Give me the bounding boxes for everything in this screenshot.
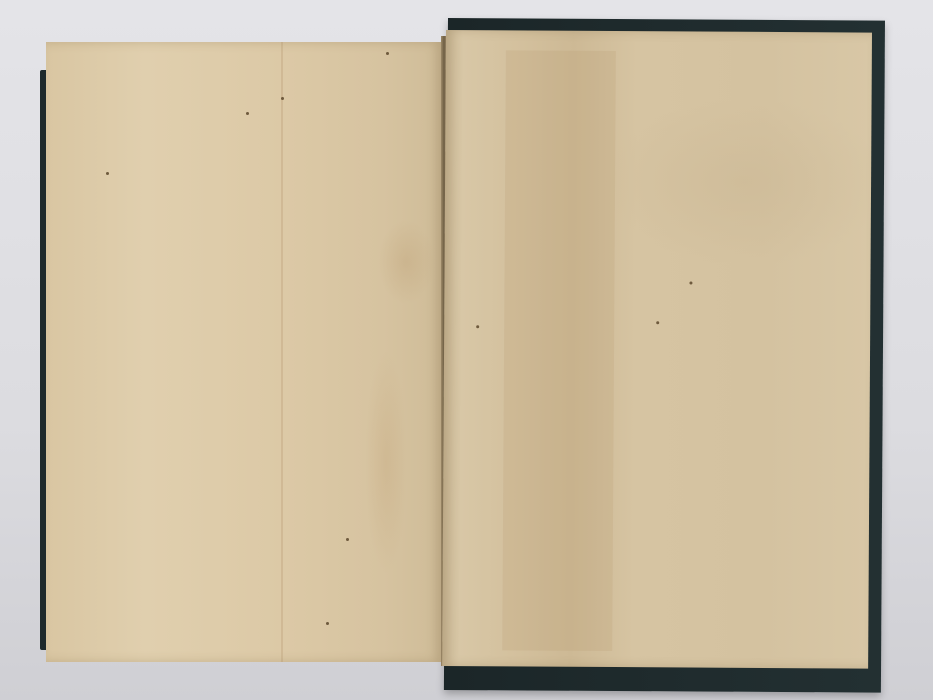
- foxing-spot: [326, 622, 329, 625]
- foxing-spot: [246, 112, 249, 115]
- foxing-spot: [346, 538, 349, 541]
- foxing-spot: [386, 52, 389, 55]
- foxing-spot: [281, 97, 284, 100]
- foxing-spot: [656, 321, 659, 324]
- foxing-spot: [476, 325, 479, 328]
- foxing-spot: [106, 172, 109, 175]
- book-photo: [0, 0, 933, 700]
- right-page: [442, 30, 872, 669]
- page-stain: [502, 50, 616, 651]
- foxing-spot: [689, 281, 692, 284]
- left-page: [46, 42, 442, 662]
- page-fold-line: [281, 42, 283, 662]
